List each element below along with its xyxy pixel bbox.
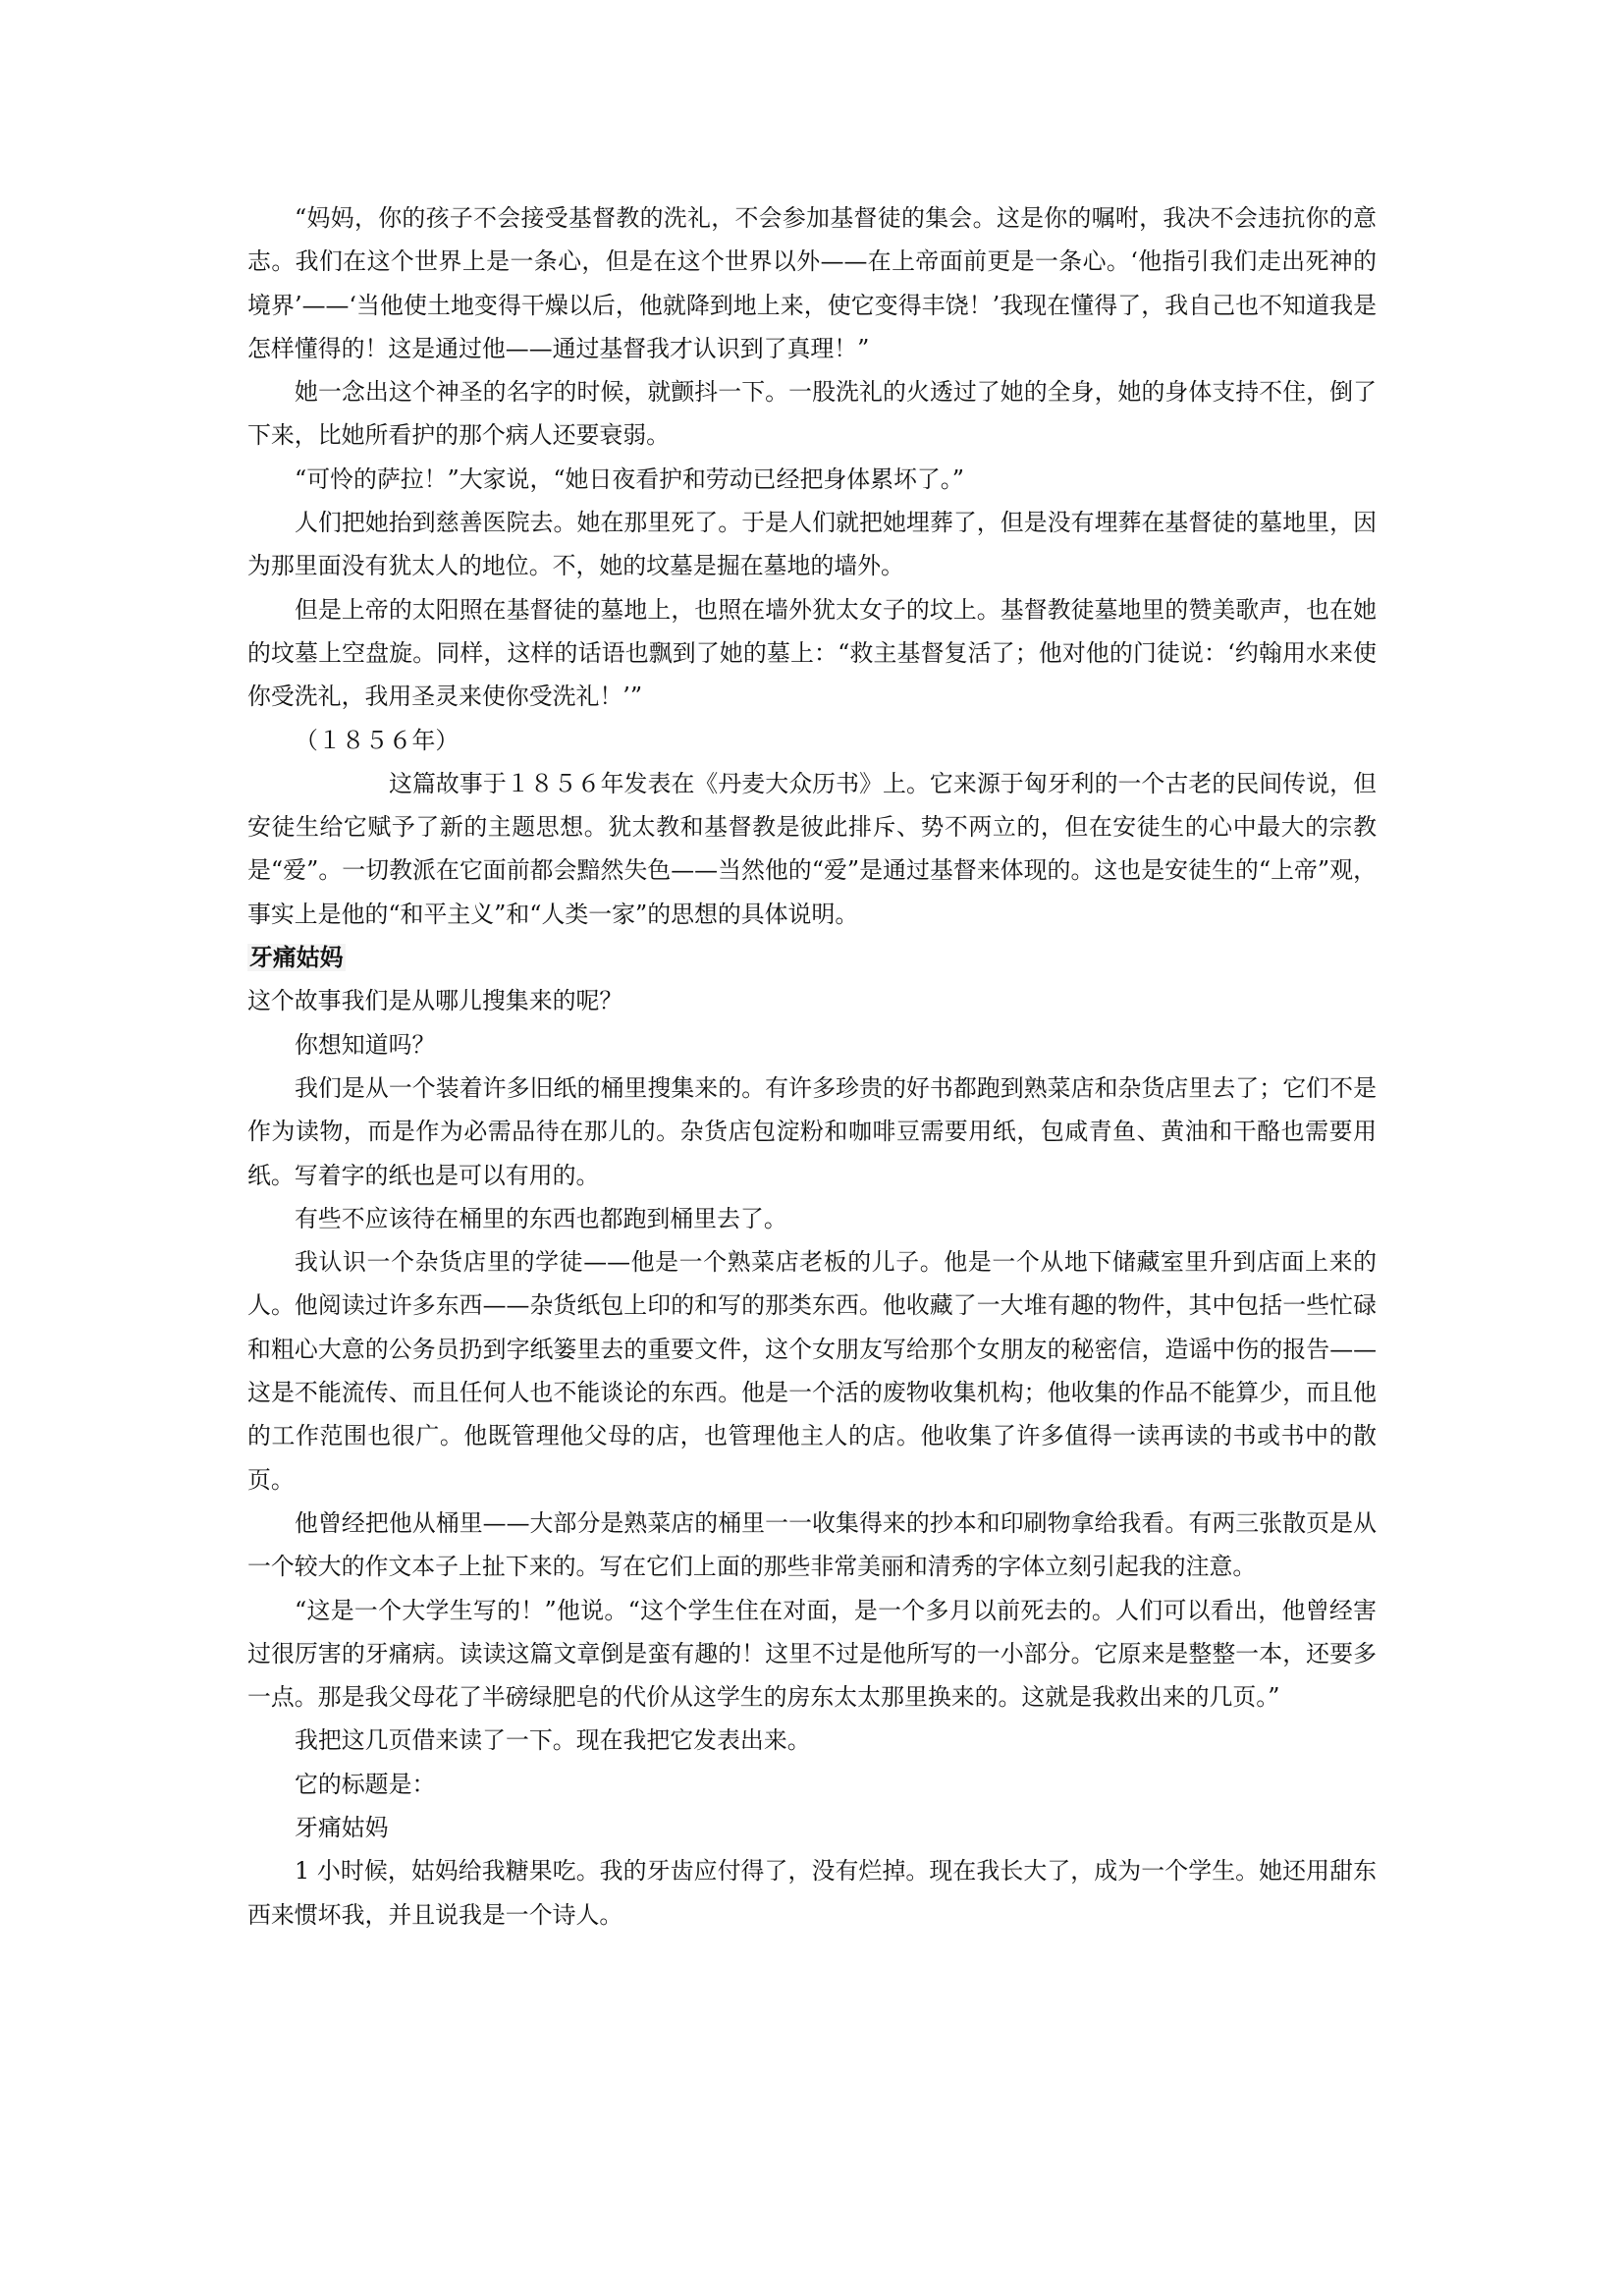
paragraph: 1 小时候，姑妈给我糖果吃。我的牙齿应付得了，没有烂掉。现在我长大了，成为一个学…	[247, 1849, 1377, 1937]
paragraph: 人们把她抬到慈善医院去。她在那里死了。于是人们就把她埋葬了，但是没有埋葬在基督徒…	[247, 501, 1377, 588]
section-title: 牙痛姑妈	[247, 944, 346, 971]
paragraph: “可怜的萨拉！”大家说，“她日夜看护和劳动已经把身体累坏了。”	[247, 458, 1377, 501]
paragraph: 但是上帝的太阳照在基督徒的墓地上，也照在墙外犹太女子的坟上。基督教徒墓地里的赞美…	[247, 588, 1377, 719]
date-line: （１８５６年）	[247, 719, 1377, 762]
paragraph: 这个故事我们是从哪儿搜集来的呢？	[247, 979, 1377, 1022]
paragraph: “妈妈，你的孩子不会接受基督教的洗礼，不会参加基督徒的集会。这是你的嘱咐，我决不…	[247, 196, 1377, 370]
editor-note: 这篇故事于１８５６年发表在《丹麦大众历书》上。它来源于匈牙利的一个古老的民间传说…	[247, 762, 1377, 936]
paragraph: 你想知道吗？	[247, 1023, 1377, 1066]
document-page: “妈妈，你的孩子不会接受基督教的洗礼，不会参加基督徒的集会。这是你的嘱咐，我决不…	[247, 196, 1377, 1937]
paragraph: “这是一个大学生写的！”他说。“这个学生住在对面，是一个多月以前死去的。人们可以…	[247, 1589, 1377, 1720]
paragraph: 我把这几页借来读了一下。现在我把它发表出来。	[247, 1719, 1377, 1762]
paragraph: 她一念出这个神圣的名字的时候，就颤抖一下。一股洗礼的火透过了她的全身，她的身体支…	[247, 370, 1377, 458]
inner-title: 牙痛姑妈	[247, 1806, 1377, 1849]
section-heading: 牙痛姑妈	[247, 936, 1377, 979]
paragraph: 他曾经把他从桶里——大部分是熟菜店的桶里一一收集得来的抄本和印刷物拿给我看。有两…	[247, 1502, 1377, 1589]
paragraph: 它的标题是：	[247, 1763, 1377, 1806]
paragraph: 我们是从一个装着许多旧纸的桶里搜集来的。有许多珍贵的好书都跑到熟菜店和杂货店里去…	[247, 1066, 1377, 1197]
paragraph: 有些不应该待在桶里的东西也都跑到桶里去了。	[247, 1197, 1377, 1240]
paragraph: 我认识一个杂货店里的学徒——他是一个熟菜店老板的儿子。他是一个从地下储藏室里升到…	[247, 1240, 1377, 1502]
